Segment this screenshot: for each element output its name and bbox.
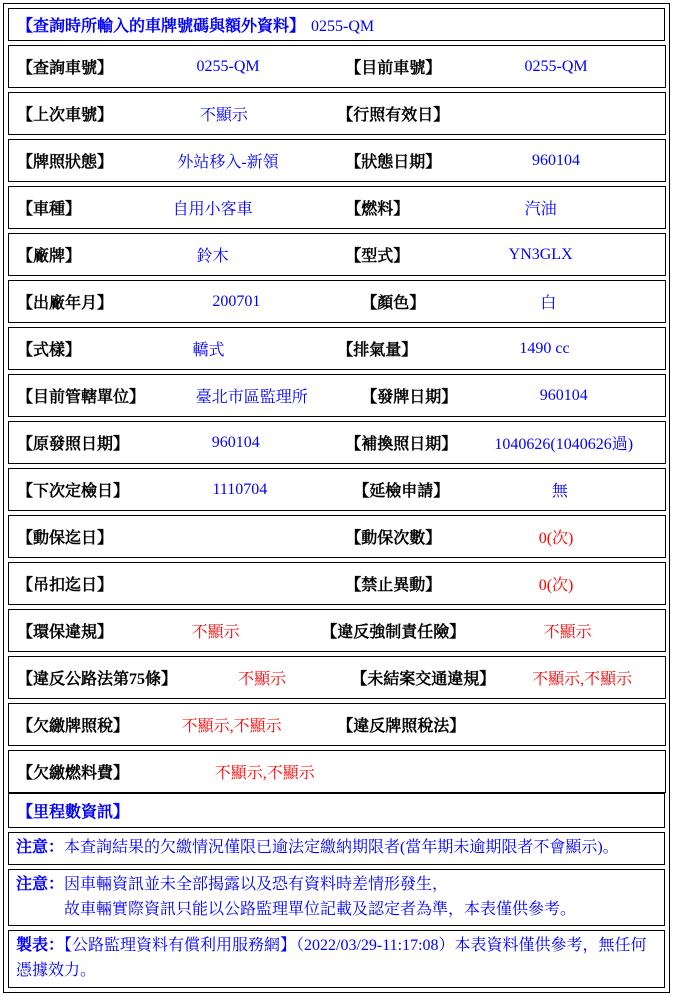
footer-note-box: 製表：【公路監理資料有償利用服務網】（2022/03/29-11:17:08）本… [8,930,665,988]
notice-2-prefix: 注意： [16,876,64,893]
report-title-row: 【查詢時所輸入的車牌號碼與額外資料】0255-QM [8,8,665,41]
notice-2-line2: 故車輛實際資訊只能以公路監理單位記載及認定者為準，本表僅供參考。 [64,898,657,923]
field-label: 【廠牌】 [9,234,89,276]
table-row: 【動保迄日】【動保次數】0(次) [8,515,666,558]
field-label: 【式樣】 [9,328,88,370]
field-value: 臺北市區監理所 [150,375,353,417]
field-label: 【排氣量】 [329,328,424,370]
field-value: 960104 [462,375,665,417]
field-value: 白 [432,281,666,323]
notice-1-prefix: 注意： [16,839,64,856]
table-row: 【欠繳燃料費】不顯示,不顯示 [8,750,666,793]
footer-note-prefix: 製表： [16,937,64,954]
field-label: 【環保違規】 [9,610,118,652]
mileage-section-header: 【里程數資訊】 [17,804,129,821]
field-value: 200701 [119,281,353,323]
field-value: 自用小客車 [88,187,337,229]
report-title-label: 【查詢時所輸入的車牌號碼與額外資料】 [17,18,305,35]
table-row: 【式樣】轎式【排氣量】1490 cc [8,327,666,370]
field-label: 【違反公路法第75條】 [9,657,182,699]
field-value [119,563,337,605]
field-value [119,516,337,558]
field-label: 【上次車號】 [9,93,119,135]
notice-box-2: 注意：因車輛資訊並未全部揭露以及恐有資料時差情形發生， 故車輛實際資訊只能以公路… [8,869,665,927]
field-value: 1490 cc [424,328,666,370]
field-label [393,751,408,793]
field-label: 【動保迄日】 [9,516,119,558]
field-label: 【燃料】 [337,187,416,229]
field-label: 【目前車號】 [337,46,447,88]
field-value: 0(次) [447,563,665,605]
field-label: 【牌照狀態】 [9,140,119,182]
field-label: 【下次定檢日】 [9,469,135,511]
field-value: 1110704 [135,469,346,511]
rows-host: 【查詢車號】0255-QM【目前車號】0255-QM【上次車號】不顯示【行照有效… [8,45,665,793]
field-value: 不顯示 [118,610,313,652]
field-value: 轎式 [88,328,330,370]
field-label: 【欠繳牌照稅】 [9,704,134,746]
mileage-section-row: 【里程數資訊】 [8,793,665,828]
table-row: 【出廠年月】200701【顏色】白 [8,280,666,323]
field-label: 【出廠年月】 [9,281,120,323]
field-value: 1040626(1040626過) [462,422,665,464]
field-value: 不顯示 [181,657,343,699]
field-value: 0255-QM [447,46,665,88]
field-label: 【禁止異動】 [337,563,447,605]
field-label: 【動保次數】 [337,516,447,558]
field-value: 不顯示 [470,610,665,652]
field-label: 【發牌日期】 [353,375,462,417]
vehicle-report-table: 【查詢時所輸入的車牌號碼與額外資料】0255-QM 【查詢車號】0255-QM【… [3,3,670,993]
field-value [409,751,666,793]
notice-1-text: 本查詢結果的欠繳情況僅限已逾法定繳納期限者(當年期未逾期限者不會顯示)。 [64,839,619,856]
field-value: 不顯示,不顯示 [499,657,665,699]
field-label: 【原發照日期】 [9,422,135,464]
field-label: 【未結案交通違規】 [343,657,499,699]
table-row: 【下次定檢日】1110704【延檢申請】無 [8,468,666,511]
field-value: 960104 [134,422,337,464]
field-label: 【違反牌照稅法】 [329,704,470,746]
field-label: 【查詢車號】 [9,46,119,88]
field-label: 【目前管轄單位】 [9,375,151,417]
field-value: 鈴木 [88,234,337,276]
field-label: 【顏色】 [353,281,431,323]
field-value: YN3GLX [416,234,665,276]
notice-2-line1: 因車輛資訊並未全部揭露以及恐有資料時差情形發生， [64,876,448,893]
table-row: 【欠繳牌照稅】不顯示,不顯示【違反牌照稅法】 [8,703,666,746]
field-label: 【狀態日期】 [337,140,447,182]
table-row: 【吊扣迄日】【禁止異動】0(次) [8,562,666,605]
field-value: 無 [455,469,666,511]
table-row: 【目前管轄單位】臺北市區監理所【發牌日期】960104 [8,374,666,417]
field-label: 【型式】 [337,234,416,276]
field-label: 【違反強制責任險】 [313,610,470,652]
table-row: 【原發照日期】960104【補換照日期】1040626(1040626過) [8,421,666,464]
notice-box-1: 注意：本查詢結果的欠繳情況僅限已逾法定繳納期限者(當年期未逾期限者不會顯示)。 [8,832,665,865]
field-value: 汽油 [416,187,665,229]
table-row: 【上次車號】不顯示【行照有效日】 [8,92,666,135]
field-value: 外站移入-新領 [119,140,337,182]
field-value: 960104 [447,140,665,182]
field-label: 【行照有效日】 [329,93,455,135]
table-row: 【車種】自用小客車【燃料】汽油 [8,186,666,229]
table-row: 【廠牌】鈴木【型式】YN3GLX [8,233,666,276]
field-label: 【補換照日期】 [337,422,462,464]
field-label: 【車種】 [9,187,89,229]
table-row: 【查詢車號】0255-QM【目前車號】0255-QM [8,45,666,88]
field-label: 【延檢申請】 [345,469,455,511]
field-value [470,704,665,746]
field-value: 不顯示,不顯示 [134,704,329,746]
field-value [455,93,666,135]
table-row: 【違反公路法第75條】不顯示【未結案交通違規】不顯示,不顯示 [8,656,666,699]
field-value: 0(次) [447,516,665,558]
footer-note-text: 【公路監理資料有償利用服務網】（2022/03/29-11:17:08）本表資料… [16,937,647,979]
field-value: 不顯示,不顯示 [136,751,393,793]
table-row: 【牌照狀態】外站移入-新領【狀態日期】960104 [8,139,666,182]
table-row: 【環保違規】不顯示【違反強制責任險】不顯示 [8,609,666,652]
field-value: 0255-QM [119,46,337,88]
field-label: 【吊扣迄日】 [9,563,119,605]
field-value: 不顯示 [119,93,330,135]
queried-plate-number: 0255-QM [305,18,374,35]
field-label: 【欠繳燃料費】 [9,751,137,793]
